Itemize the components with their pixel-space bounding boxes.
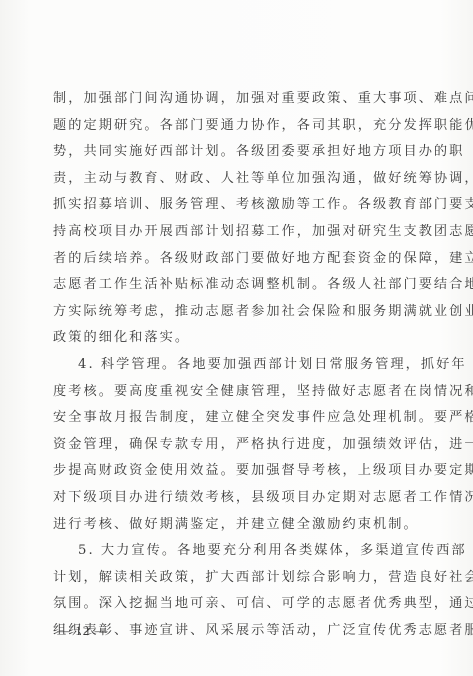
text-line: 持高校项目办开展西部计划招募工作，加强对研究生支教团志愿	[53, 219, 413, 246]
text-line: 者的后续培养。各级财政部门要做好地方配套资金的保障，建立	[53, 246, 413, 273]
text-line: 责，主动与教育、财政、人社等单位加强沟通，做好统筹协调，	[53, 166, 413, 193]
text-line: 题的定期研究。各部门要通力协作，各司其职，充分发挥职能优	[53, 113, 413, 140]
text-line: 资金管理，确保专款专用，严格执行进度，加强绩效评估，进一	[53, 432, 413, 459]
text-line: 志愿者工作生活补贴标准动态调整机制。各级人社部门要结合地	[53, 272, 413, 299]
text-line: 计划，解读相关政策，扩大西部计划综合影响力，营造良好社会	[53, 565, 413, 592]
text-line: 制，加强部门间沟通协调，加强对重要政策、重大事项、难点问	[53, 86, 413, 113]
text-line: 步提高财政资金使用效益。要加强督导考核，上级项目办要定期	[53, 458, 413, 485]
text-line: 度考核。要高度重视安全健康管理，坚持做好志愿者在岗情况和	[53, 379, 413, 406]
section-heading-line: 5. 大力宣传。各地要充分利用各类媒体，多渠道宣传西部	[53, 538, 413, 565]
text-line: 进行考核、做好期满鉴定，并建立健全激励约束机制。	[53, 512, 413, 539]
body-text: 制，加强部门间沟通协调，加强对重要政策、重大事项、难点问 题的定期研究。各部门要…	[53, 86, 413, 644]
text-line: 势，共同实施好西部计划。各级团委要承担好地方项目办的职	[53, 139, 413, 166]
text-line: 对下级项目办进行绩效考核，县级项目办定期对志愿者工作情况	[53, 485, 413, 512]
text-line: 氛围。深入挖掘当地可亲、可信、可学的志愿者优秀典型，通过	[53, 591, 413, 618]
text-line: 政策的细化和落实。	[53, 325, 413, 352]
text-line: 方实际统筹考虑，推动志愿者参加社会保险和服务期满就业创业	[53, 299, 413, 326]
document-page: 制，加强部门间沟通协调，加强对重要政策、重大事项、难点问 题的定期研究。各部门要…	[0, 0, 473, 676]
text-line: 抓实招募培训、服务管理、考核激励等工作。各级教育部门要支	[53, 192, 413, 219]
text-line: 安全事故月报告制度，建立健全突发事件应急处理机制。要严格	[53, 405, 413, 432]
section-heading-line: 4. 科学管理。各地要加强西部计划日常服务管理，抓好年	[53, 352, 413, 379]
page-number: — 12 —	[57, 623, 109, 639]
